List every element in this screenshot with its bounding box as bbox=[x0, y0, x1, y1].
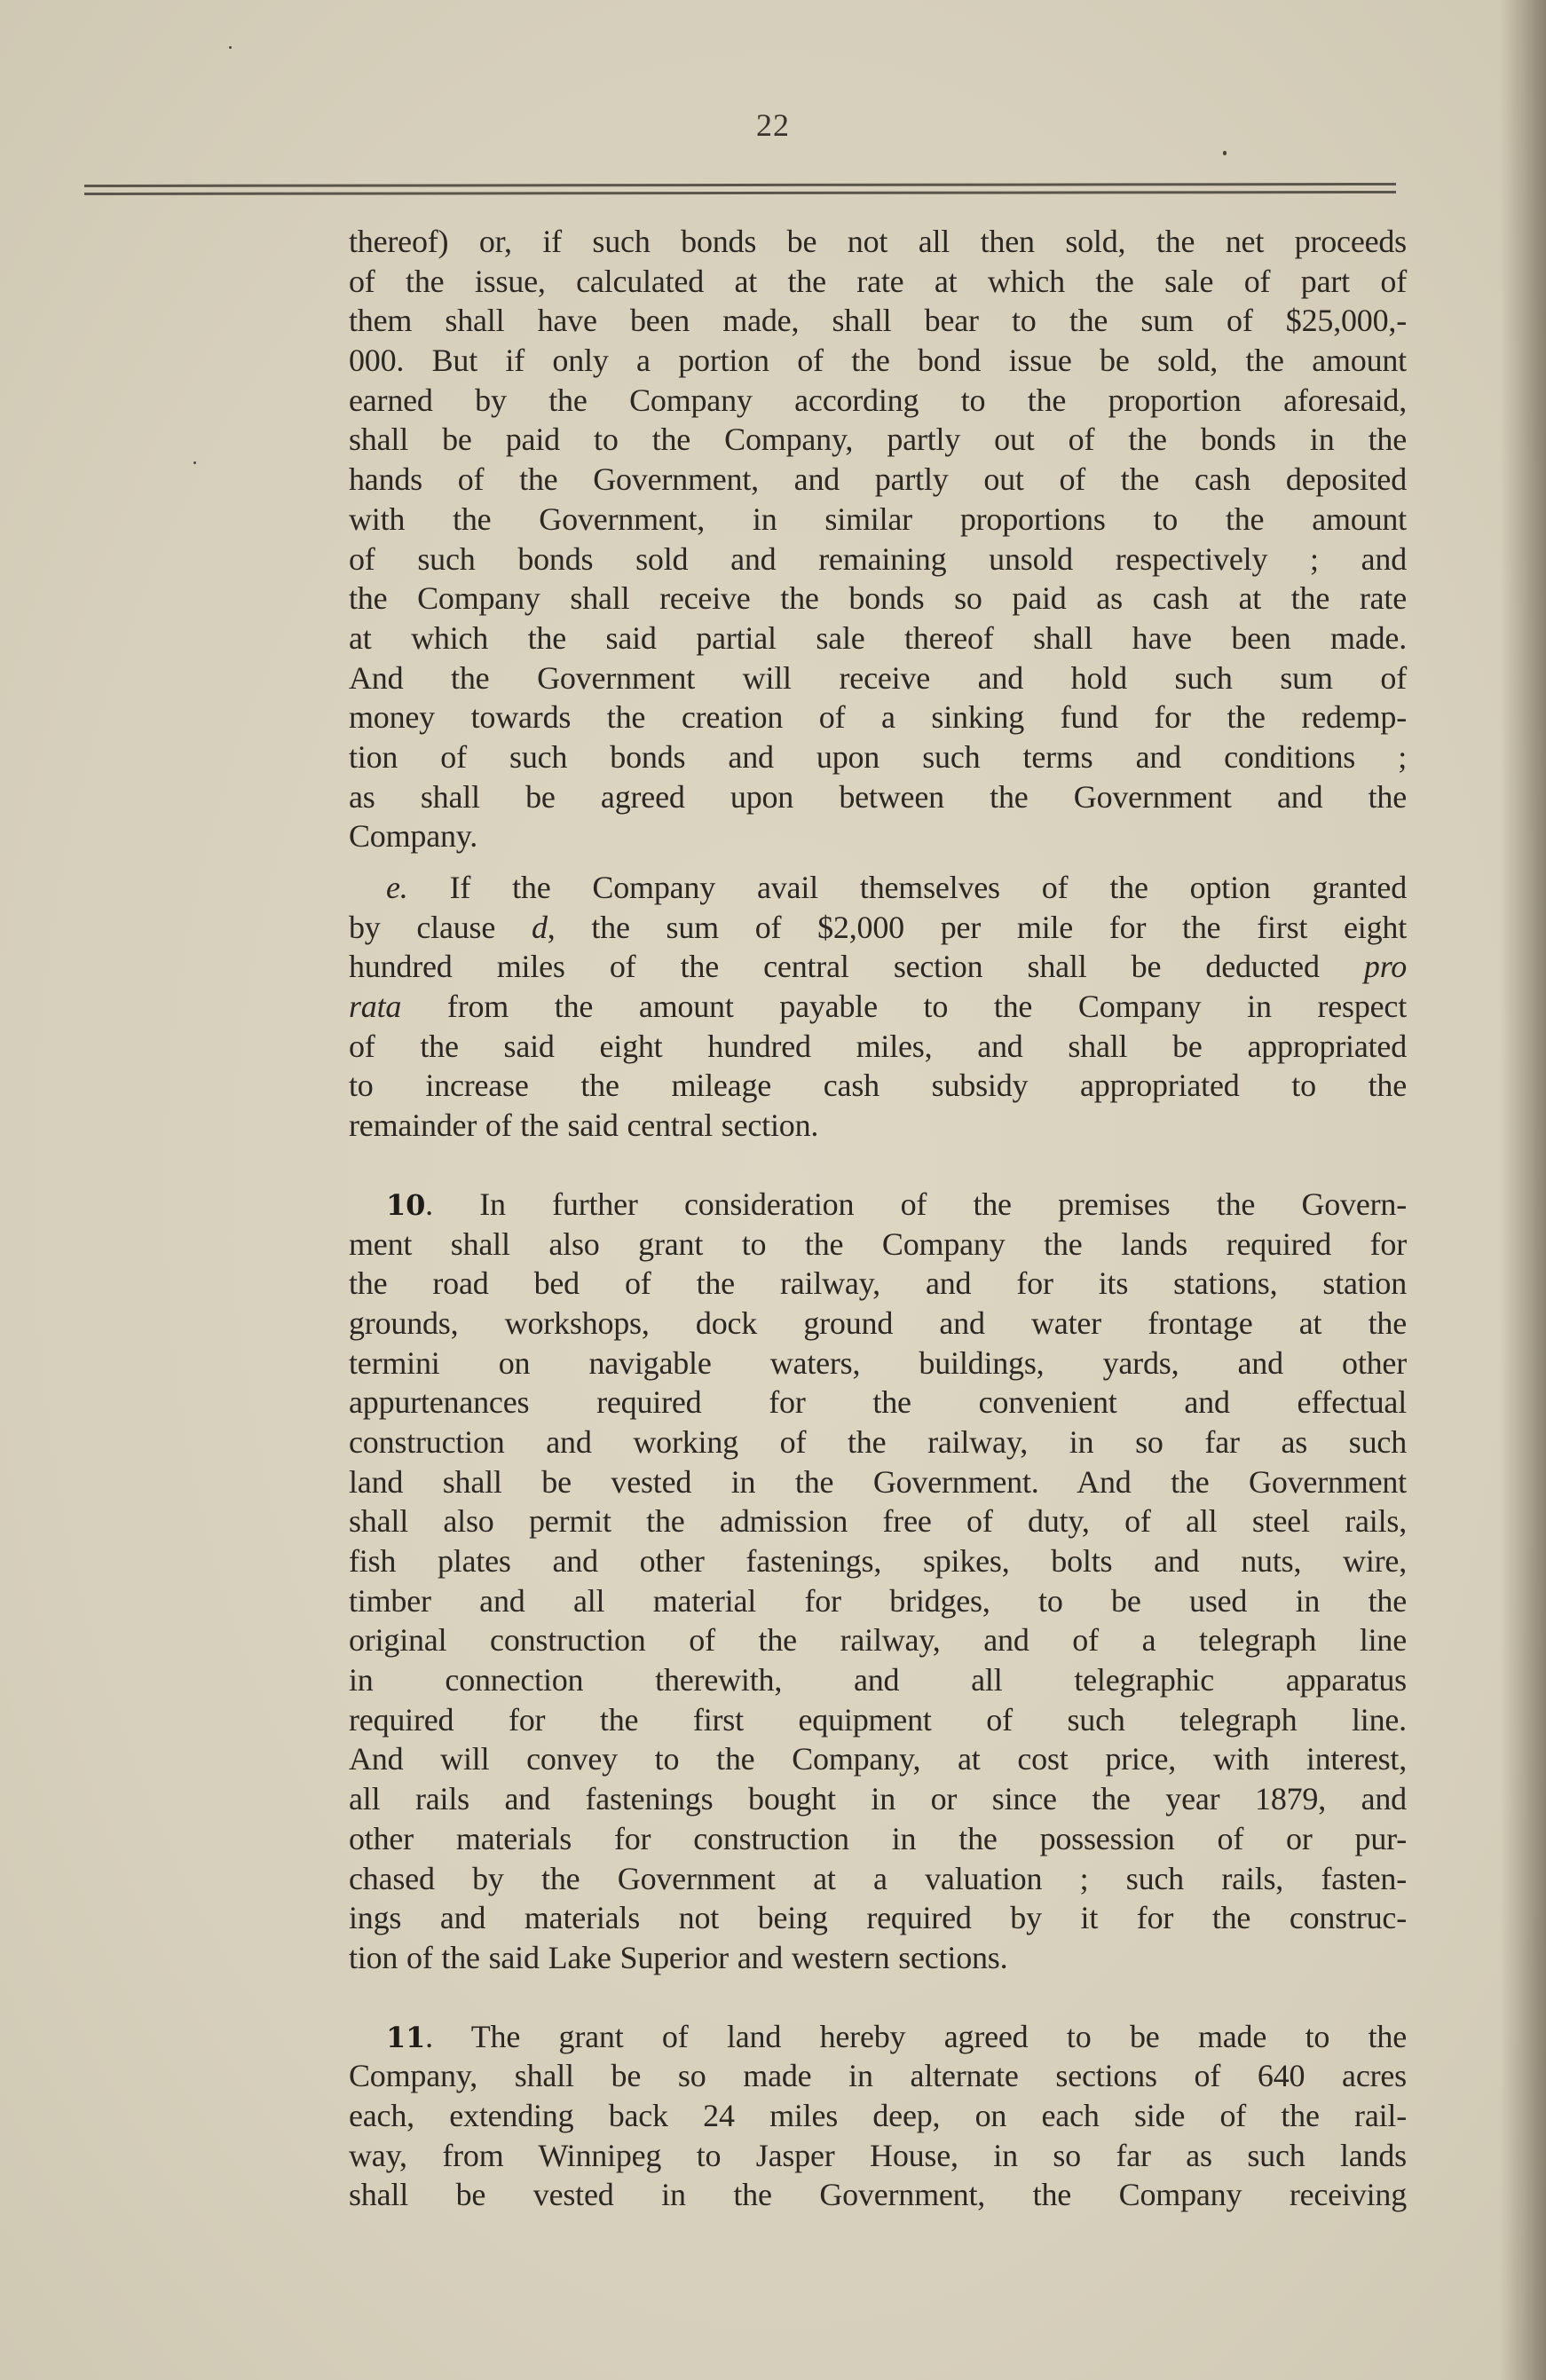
text-span: from the amount payable to the Company i… bbox=[401, 989, 1407, 1024]
text-line: Company. bbox=[349, 816, 1407, 856]
text-line: ment shall also grant to the Company the… bbox=[349, 1225, 1407, 1265]
clause-label: e. bbox=[386, 870, 408, 905]
text-span: hundred miles of the central section sha… bbox=[349, 949, 1364, 984]
text-line: them shall have been made, shall bear to… bbox=[349, 301, 1407, 341]
text-line: hands of the Government, and partly out … bbox=[349, 460, 1407, 500]
text-line: of the issue, calculated at the rate at … bbox=[349, 262, 1407, 302]
italic-text: pro bbox=[1364, 949, 1407, 984]
text-line: Company, shall be so made in alternate s… bbox=[349, 2056, 1407, 2096]
paragraph-continuation: thereof) or, if such bonds be not all th… bbox=[349, 222, 1407, 856]
italic-text: d bbox=[532, 910, 548, 945]
text-line: hundred miles of the central section sha… bbox=[349, 947, 1407, 987]
text-line: appurtenances required for the convenien… bbox=[349, 1383, 1407, 1422]
text-line: earned by the Company according to the p… bbox=[349, 381, 1407, 421]
text-line: shall be vested in the Government, the C… bbox=[349, 2175, 1407, 2215]
text-line: 10. In further consideration of the prem… bbox=[349, 1185, 1407, 1225]
header-rule-bottom bbox=[84, 191, 1396, 195]
text-line: each, extending back 24 miles deep, on e… bbox=[349, 2096, 1407, 2136]
text-line: rata from the amount payable to the Comp… bbox=[349, 987, 1407, 1027]
paragraph-section-11: 11. The grant of land hereby agreed to b… bbox=[349, 2017, 1407, 2215]
text-line: And will convey to the Company, at cost … bbox=[349, 1739, 1407, 1779]
text-line: 000. But if only a portion of the bond i… bbox=[349, 341, 1407, 381]
text-line: the Company shall receive the bonds so p… bbox=[349, 579, 1407, 619]
text-span: If the Company avail themselves of the o… bbox=[450, 870, 1407, 905]
text-line: construction and working of the railway,… bbox=[349, 1422, 1407, 1462]
text-line: money towards the creation of a sinking … bbox=[349, 697, 1407, 737]
text-span: by clause bbox=[349, 910, 532, 945]
paragraph-spacer bbox=[349, 1146, 1407, 1185]
text-line: all rails and fastenings bought in or si… bbox=[349, 1779, 1407, 1819]
text-line: remainder of the said central section. bbox=[349, 1106, 1407, 1146]
text-line: other materials for construction in the … bbox=[349, 1819, 1407, 1859]
text-line: thereof) or, if such bonds be not all th… bbox=[349, 222, 1407, 262]
text-line: of such bonds sold and remaining unsold … bbox=[349, 540, 1407, 579]
text-line: by clause d, the sum of $2,000 per mile … bbox=[349, 908, 1407, 948]
paper-speck bbox=[1223, 151, 1227, 155]
page-number: 22 bbox=[0, 106, 1546, 144]
paragraph-clause-e: e. If the Company avail themselves of th… bbox=[349, 868, 1407, 1146]
text-line: e. If the Company avail themselves of th… bbox=[349, 868, 1407, 908]
section-number: 11 bbox=[386, 2021, 425, 2054]
text-line: required for the first equipment of such… bbox=[349, 1700, 1407, 1740]
paragraph-spacer bbox=[349, 1978, 1407, 2017]
paper-speck bbox=[229, 46, 232, 49]
text-line: the road bed of the railway, and for its… bbox=[349, 1264, 1407, 1304]
text-span: . In further consideration of the premis… bbox=[425, 1186, 1407, 1222]
text-line: tion of the said Lake Superior and weste… bbox=[349, 1938, 1407, 1978]
text-line: And the Government will receive and hold… bbox=[349, 658, 1407, 698]
section-number: 10 bbox=[386, 1188, 425, 1222]
text-line: chased by the Government at a valuation … bbox=[349, 1859, 1407, 1899]
text-line: way, from Winnipeg to Jasper House, in s… bbox=[349, 2136, 1407, 2176]
text-line: at which the said partial sale thereof s… bbox=[349, 619, 1407, 658]
text-line: in connection therewith, and all telegra… bbox=[349, 1660, 1407, 1700]
text-line: fish plates and other fastenings, spikes… bbox=[349, 1541, 1407, 1581]
text-span: , the sum of $2,000 per mile for the fir… bbox=[548, 910, 1407, 945]
text-line: ings and materials not being required by… bbox=[349, 1898, 1407, 1938]
paragraph-spacer bbox=[349, 856, 1407, 868]
header-rule-top bbox=[84, 183, 1396, 187]
text-line: with the Government, in similar proporti… bbox=[349, 500, 1407, 540]
text-line: to increase the mileage cash subsidy app… bbox=[349, 1066, 1407, 1106]
text-line: as shall be agreed upon between the Gove… bbox=[349, 777, 1407, 817]
italic-text: rata bbox=[349, 989, 401, 1024]
text-line: original construction of the railway, an… bbox=[349, 1620, 1407, 1660]
body-text: thereof) or, if such bonds be not all th… bbox=[349, 222, 1407, 2215]
text-line: termini on navigable waters, buildings, … bbox=[349, 1344, 1407, 1383]
text-line: grounds, workshops, dock ground and wate… bbox=[349, 1304, 1407, 1344]
paragraph-section-10: 10. In further consideration of the prem… bbox=[349, 1185, 1407, 1978]
paper-speck bbox=[193, 461, 196, 464]
text-span: . The grant of land hereby agreed to be … bbox=[425, 2019, 1407, 2054]
text-line: land shall be vested in the Government. … bbox=[349, 1462, 1407, 1502]
text-line: timber and all material for bridges, to … bbox=[349, 1581, 1407, 1621]
text-line: shall be paid to the Company, partly out… bbox=[349, 420, 1407, 460]
text-line: of the said eight hundred miles, and sha… bbox=[349, 1027, 1407, 1067]
text-line: 11. The grant of land hereby agreed to b… bbox=[349, 2017, 1407, 2057]
text-line: shall also permit the admission free of … bbox=[349, 1501, 1407, 1541]
text-line: tion of such bonds and upon such terms a… bbox=[349, 737, 1407, 777]
